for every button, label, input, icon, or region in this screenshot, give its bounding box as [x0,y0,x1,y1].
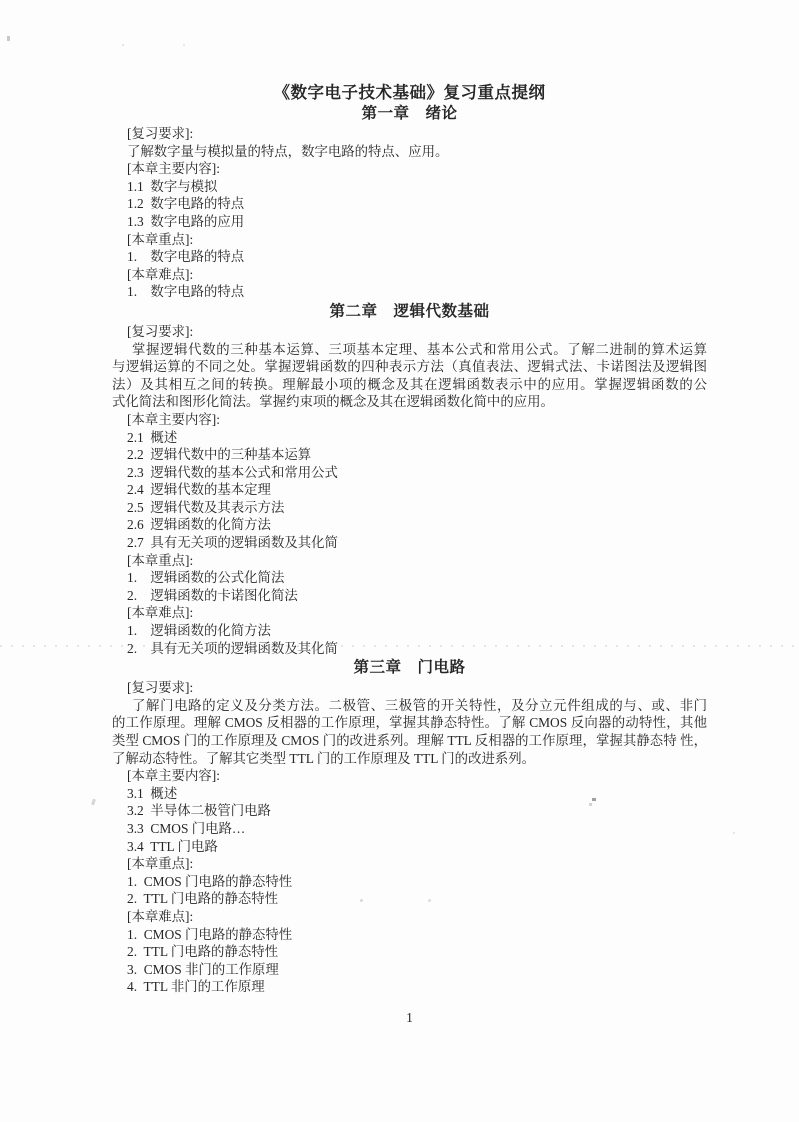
document-content: 《数字电子技术基础》复习重点提纲 第一章 绪论[复习要求]:了解数字量与模拟量的… [112,82,707,996]
chapter-heading: 第三章 门电路 [112,658,707,677]
outline-item: 2.1 概述 [112,429,707,447]
chapters: 第一章 绪论[复习要求]:了解数字量与模拟量的特点，数字电路的特点、应用。[本章… [112,104,707,996]
outline-item: 2.2 逻辑代数中的三种基本运算 [112,446,707,464]
section-label: [复习要求]: [112,323,707,341]
paragraph-line: 的工作原理。理解 CMOS 反相器的工作原理，掌握其静态特性。了解 CMOS 反… [112,714,707,732]
outline-item: 1. CMOS 门电路的静态特性 [112,873,707,891]
paragraph-line: 掌握逻辑代数的三种基本运算、三项基本定理、基本公式和常用公式。了解二进制的算术运… [112,341,707,359]
outline-item: 1. 数字电路的特点 [112,248,707,266]
outline-item: 4. TTL 非门的工作原理 [112,978,707,996]
outline-item: 2.4 逻辑代数的基本定理 [112,481,707,499]
section-label: [本章重点]: [112,855,707,873]
scan-speckle [122,44,124,46]
paragraph-line: 了解门电路的定义及分类方法。二极管、三极管的开关特性，及分立元件组成的与、或、非… [112,697,707,715]
outline-item: 3.4 TTL 门电路 [112,838,707,856]
outline-item: 1. CMOS 门电路的静态特性 [112,926,707,944]
outline-item: 2. 具有无关项的逻辑函数及其化简 [112,640,707,658]
outline-item: 2.6 逻辑函数的化简方法 [112,516,707,534]
section-label: [本章主要内容]: [112,160,707,178]
scan-speckle [91,799,96,806]
paragraph-line: 类型 CMOS 门的工作原理及 CMOS 门的改进系列。理解 TTL 反相器的工… [112,732,707,750]
section-label: [复习要求]: [112,125,707,143]
outline-item: 1.3 数字电路的应用 [112,213,707,231]
section-label: [本章难点]: [112,266,707,284]
scanned-document-page: 《数字电子技术基础》复习重点提纲 第一章 绪论[复习要求]:了解数字量与模拟量的… [0,0,799,1122]
chapter-heading: 第一章 绪论 [112,104,707,123]
outline-item: 1. 逻辑函数的化简方法 [112,622,707,640]
section-label: [本章主要内容]: [112,411,707,429]
outline-item: 1. 数字电路的特点 [112,283,707,301]
page-number: 1 [112,1010,707,1026]
outline-item: 1.2 数字电路的特点 [112,195,707,213]
section-label: [复习要求]: [112,679,707,697]
section-label: [本章重点]: [112,552,707,570]
outline-item: 2.7 具有无关项的逻辑函数及其化简 [112,534,707,552]
outline-item: 3.1 概述 [112,785,707,803]
outline-item: 2. TTL 门电路的静态特性 [112,890,707,908]
outline-item: 2. TTL 门电路的静态特性 [112,943,707,961]
paragraph-line: 法）及其相互之间的转换。理解最小项的概念及其在逻辑函数表示中的应用。掌握逻辑函数… [112,376,707,394]
outline-item: 3.3 CMOS 门电路… [112,820,707,838]
section-label: [本章难点]: [112,604,707,622]
outline-item: 1. 逻辑函数的公式化简法 [112,569,707,587]
section-label: [本章难点]: [112,908,707,926]
outline-item: 2. 逻辑函数的卡诺图化简法 [112,587,707,605]
outline-item: 1.1 数字与模拟 [112,178,707,196]
paragraph-line: 式化简法和图形化简法。掌握约束项的概念及其在逻辑函数化简中的应用。 [112,393,707,411]
outline-item: 了解数字量与模拟量的特点，数字电路的特点、应用。 [112,143,707,161]
outline-item: 3. CMOS 非门的工作原理 [112,961,707,979]
section-label: [本章重点]: [112,231,707,249]
scan-speckle [7,36,10,41]
outline-item: 2.5 逻辑代数及其表示方法 [112,499,707,517]
outline-item: 3.2 半导体二极管门电路 [112,802,707,820]
scan-speckle [733,832,735,834]
section-label: [本章主要内容]: [112,767,707,785]
outline-item: 2.3 逻辑代数的基本公式和常用公式 [112,464,707,482]
paragraph-line: 与逻辑运算的不同之处。掌握逻辑函数的四种表示方法（真值表法、逻辑式法、卡诺图法及… [112,358,707,376]
paragraph-line: 了解动态特性。了解其它类型 TTL 门的工作原理及 TTL 门的改进系列。 [112,750,707,768]
chapter-heading: 第二章 逻辑代数基础 [112,302,707,321]
scan-speckle [183,44,185,46]
document-title: 《数字电子技术基础》复习重点提纲 [112,82,707,103]
